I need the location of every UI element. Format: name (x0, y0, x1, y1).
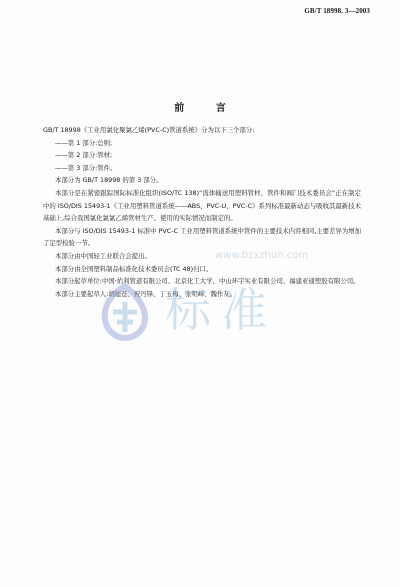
paragraph-administrator: 本部分由全国塑料制品标准化技术委员会(TC 48)归口。 (43, 263, 361, 276)
list-item-part2: ——第 2 部分:管材; (43, 149, 361, 162)
page-title: 前 言 (0, 99, 400, 114)
paragraph-differences: 本部分与 ISO/DIS 15493-1 标准中 PVC-C 工业用塑料管道系统… (43, 225, 361, 250)
paragraph-proposer: 本部分由中国轻工业联合会提出。 (43, 250, 361, 263)
list-item-part1: ——第 1 部分:总则; (43, 137, 361, 150)
list-item-part3: ——第 3 部分:管件。 (43, 162, 361, 175)
paragraph-intro: GB/T 18998《工业用氯化聚氯乙烯(PVC-C)管道系统》分为以下三个部分… (43, 124, 361, 137)
document-page: GB/T 18998. 3—2003 前 言 GB/T 18998《工业用氯化聚… (0, 0, 400, 587)
paragraph-part-number: 本部分为 GB/T 18998 的第 3 部分。 (43, 174, 361, 187)
paragraph-drafters: 本部分主要起草人:胡旭苍、祝丹锋、丁玉梅、张明峰、魏作友。 (43, 288, 361, 301)
watermark-url: www.bzxzhun.com (215, 250, 308, 261)
paragraph-basis: 本部分是在紧密跟踪国际标准化组织(ISO/TC 138)“流体输送用塑料管材、管… (43, 187, 361, 225)
foreword-body: GB/T 18998《工业用氯化聚氯乙烯(PVC-C)管道系统》分为以下三个部分… (43, 124, 361, 300)
paragraph-drafting-units: 本部分起草单位:中国·佑利管道有限公司、北京化工大学、中山环宇实业有限公司、福建… (43, 275, 361, 288)
standard-number: GB/T 18998. 3—2003 (304, 7, 370, 15)
